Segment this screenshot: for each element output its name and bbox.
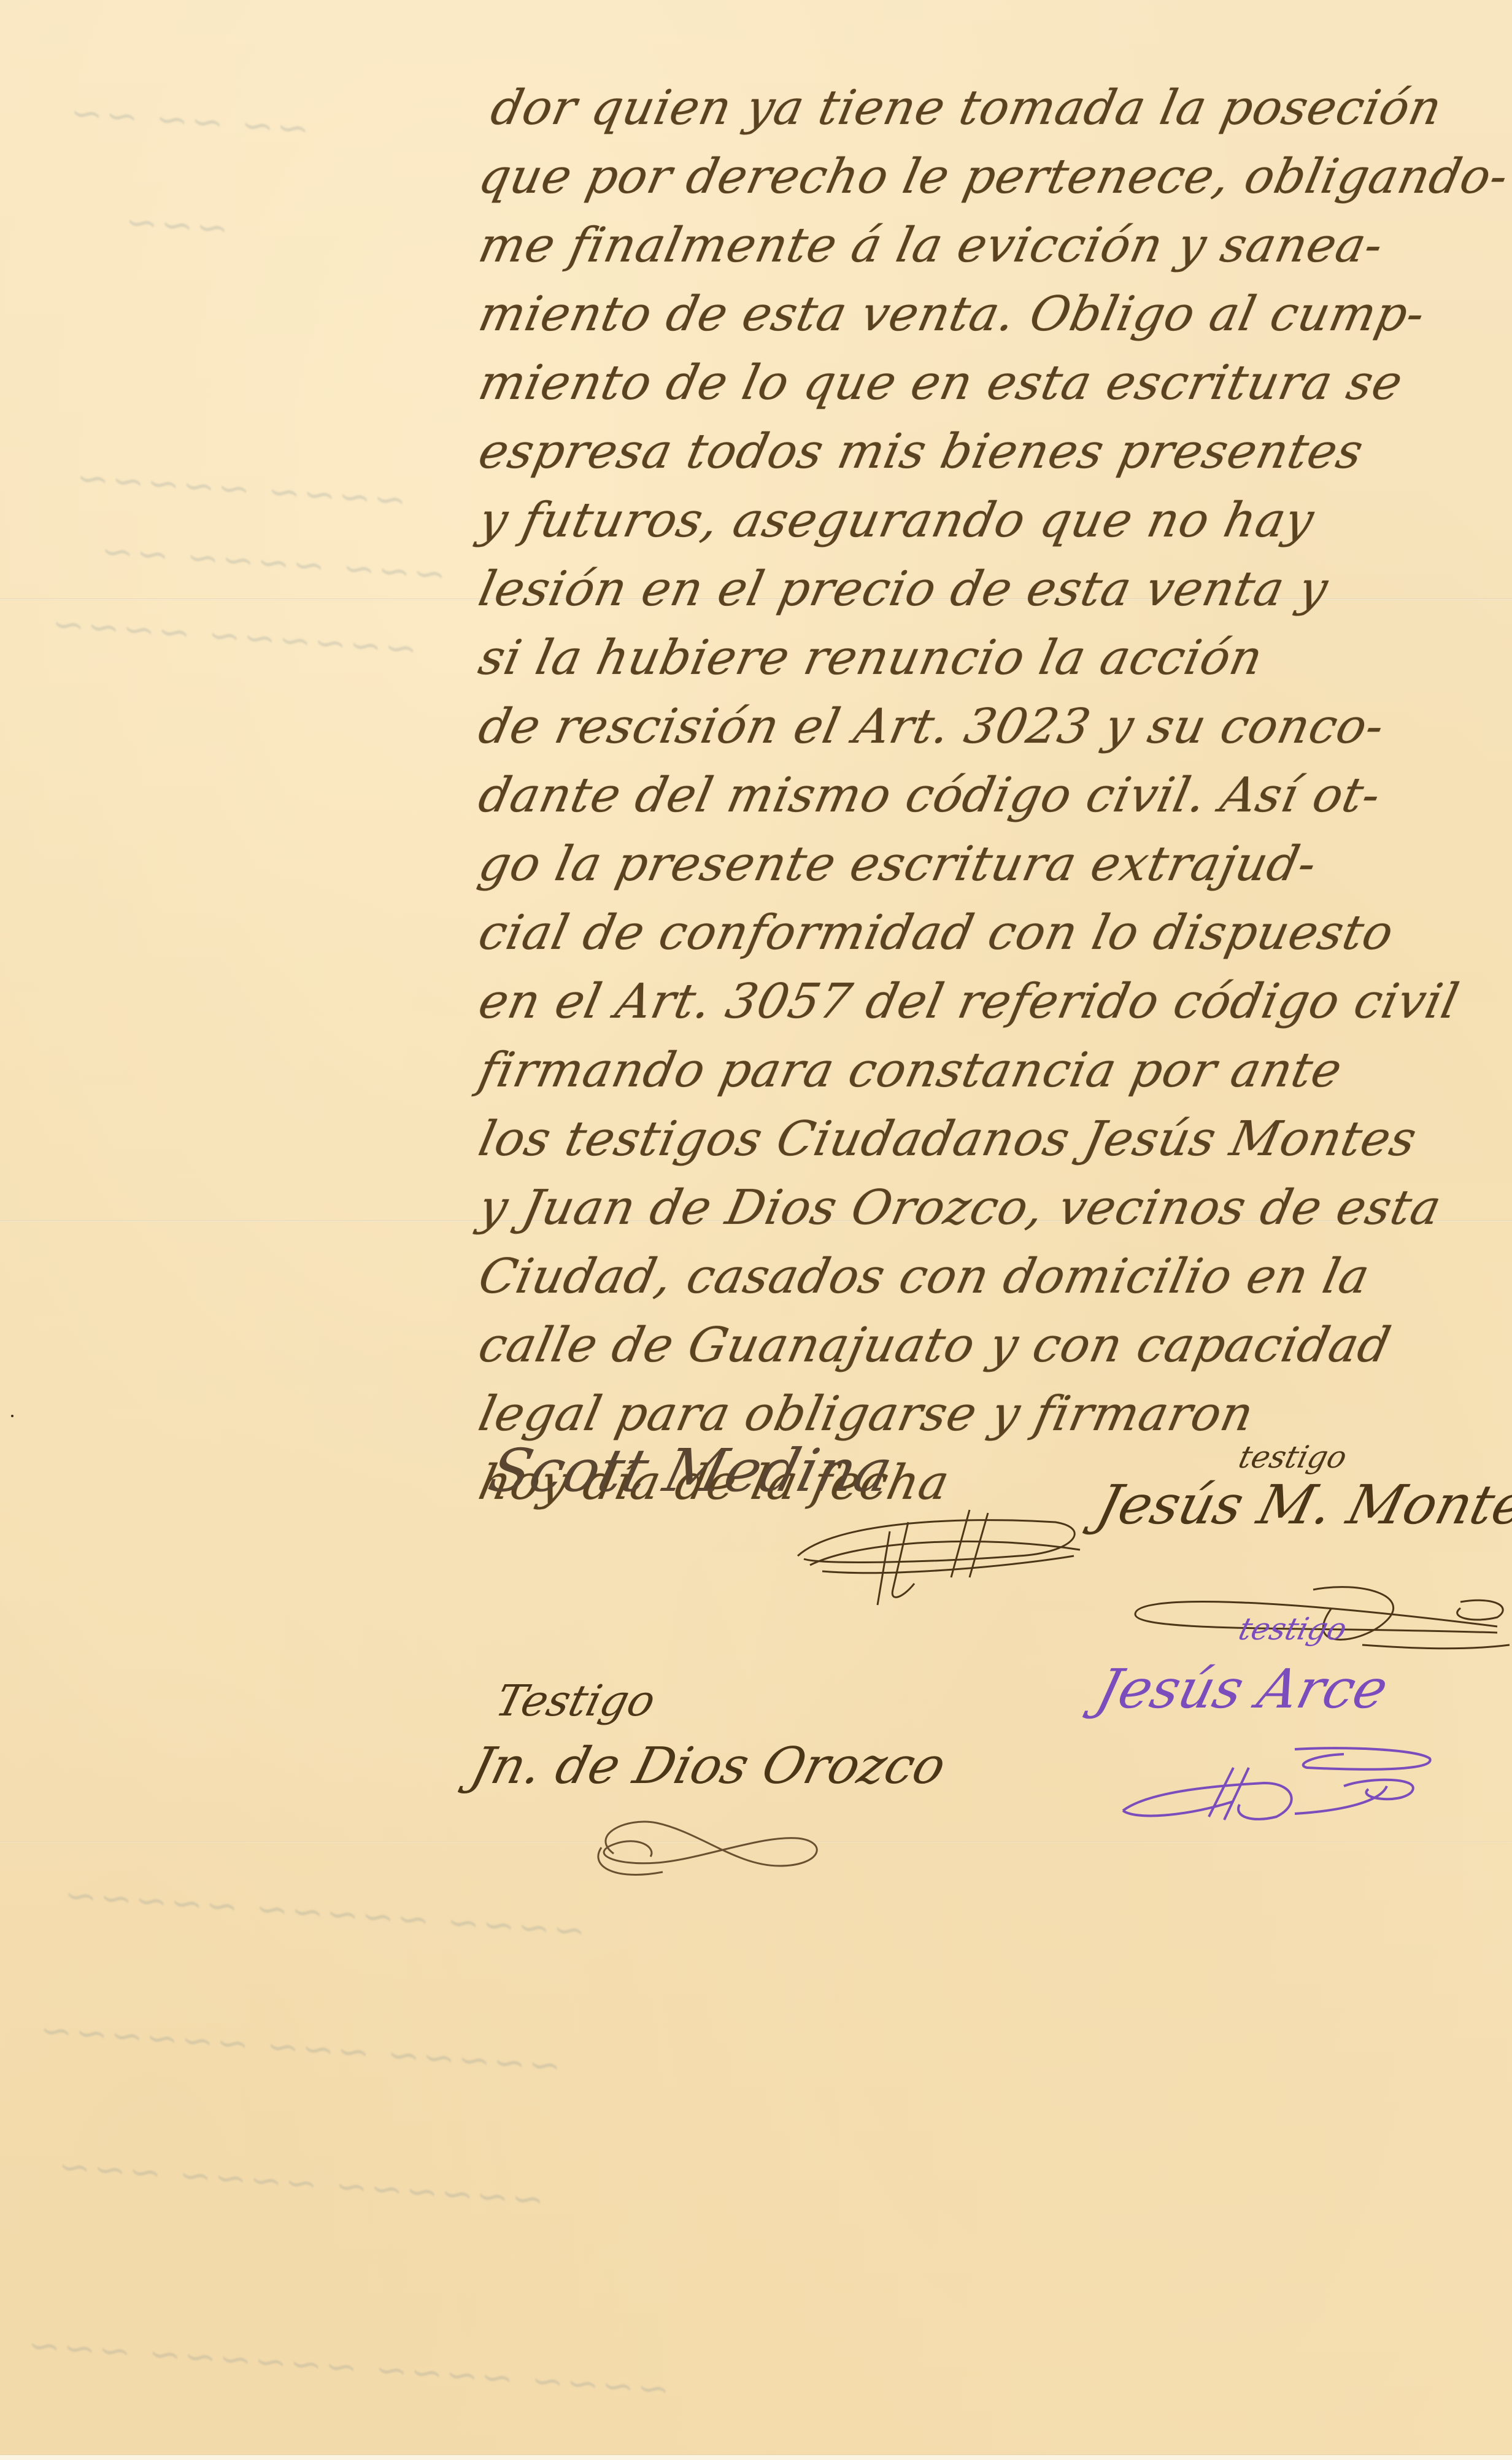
- signature-label-testigo: testigo: [1235, 1439, 1351, 1475]
- bleed-through-text: ~~~~ ~~~~~ ~~~~~: [60, 1872, 587, 1954]
- body-line: si la hubiere renuncio la acción: [472, 624, 1512, 692]
- signature-witness-arce: Jesús Arce: [1090, 1657, 1394, 1720]
- signature-witness-orozco: Jn. de Dios Orozco: [465, 1737, 951, 1795]
- body-line: en el Art. 3057 del referido código civi…: [472, 967, 1512, 1036]
- signature-seller: Scott Medina: [482, 1436, 899, 1505]
- bleed-through-text: ~~~: [121, 199, 231, 252]
- signature-flourish-seller: [785, 1498, 1092, 1608]
- body-line: lesión en el precio de esta venta y: [472, 555, 1512, 624]
- signature-label-testigo: Testigo: [491, 1676, 661, 1726]
- body-line: dante del mismo código civil. Así ot-: [472, 761, 1512, 830]
- body-line: de rescisión el Art. 3023 y su conco-: [472, 692, 1512, 761]
- signature-flourish-orozco: [577, 1811, 835, 1884]
- paper-bottom-edge: [0, 2454, 1512, 2460]
- signature-label-testigo: testigo: [1235, 1611, 1351, 1647]
- body-line: que por derecho le pertenece, obligando-: [472, 142, 1512, 211]
- bleed-through-text: ~~~ ~~~~ ~~: [97, 528, 447, 597]
- body-line: cial de conformidad con lo dispuesto: [472, 899, 1512, 967]
- bleed-through-text: ~~~~ ~~~~~: [72, 455, 408, 524]
- ink-speck: [11, 1415, 13, 1417]
- body-line: espresa todos mis bienes presentes: [472, 417, 1512, 486]
- bleed-through-text: ~~ ~~ ~~: [66, 90, 311, 152]
- body-line: Ciudad, casados con domicilio en la: [472, 1242, 1512, 1311]
- body-line: calle de Guanajuato y con capacidad: [472, 1311, 1512, 1380]
- bleed-through-text: ~~~~~ ~~~ ~~~~~~: [36, 2007, 563, 2089]
- signature-witness-montes: Jesús M. Montes: [1090, 1473, 1512, 1536]
- body-line: dor quien ya tiene tomada la poseción: [485, 74, 1512, 142]
- bleed-through-text: ~~~~~~ ~~~~ ~~~: [54, 2143, 546, 2222]
- body-line: y futuros, asegurando que no hay: [472, 486, 1512, 555]
- body-line: los testigos Ciudadanos Jesús Montes: [472, 1105, 1512, 1174]
- bleed-through-text: ~~~~~~ ~~~~: [48, 601, 418, 672]
- body-line: miento de esta venta. Obligo al cump-: [472, 280, 1512, 349]
- body-line: miento de lo que en esta escritura se: [472, 349, 1512, 417]
- body-line: me finalmente á la evicción y sanea-: [472, 211, 1512, 280]
- body-line: go la presente escritura extrajud-: [472, 830, 1512, 899]
- document-page: ~~ ~~ ~~ ~~~ ~~~~ ~~~~~ ~~~ ~~~~ ~~ ~~~~…: [0, 0, 1512, 2460]
- body-line: firmando para constancia por ante: [472, 1036, 1512, 1105]
- deed-body: dor quien ya tiene tomada la poseción qu…: [472, 74, 1512, 1517]
- bleed-through-text: ~~~~ ~~~~ ~~~~~~ ~~~: [24, 2322, 671, 2412]
- signature-flourish-arce: [1111, 1743, 1442, 1829]
- body-line: y Juan de Dios Orozco, vecinos de esta: [472, 1174, 1512, 1242]
